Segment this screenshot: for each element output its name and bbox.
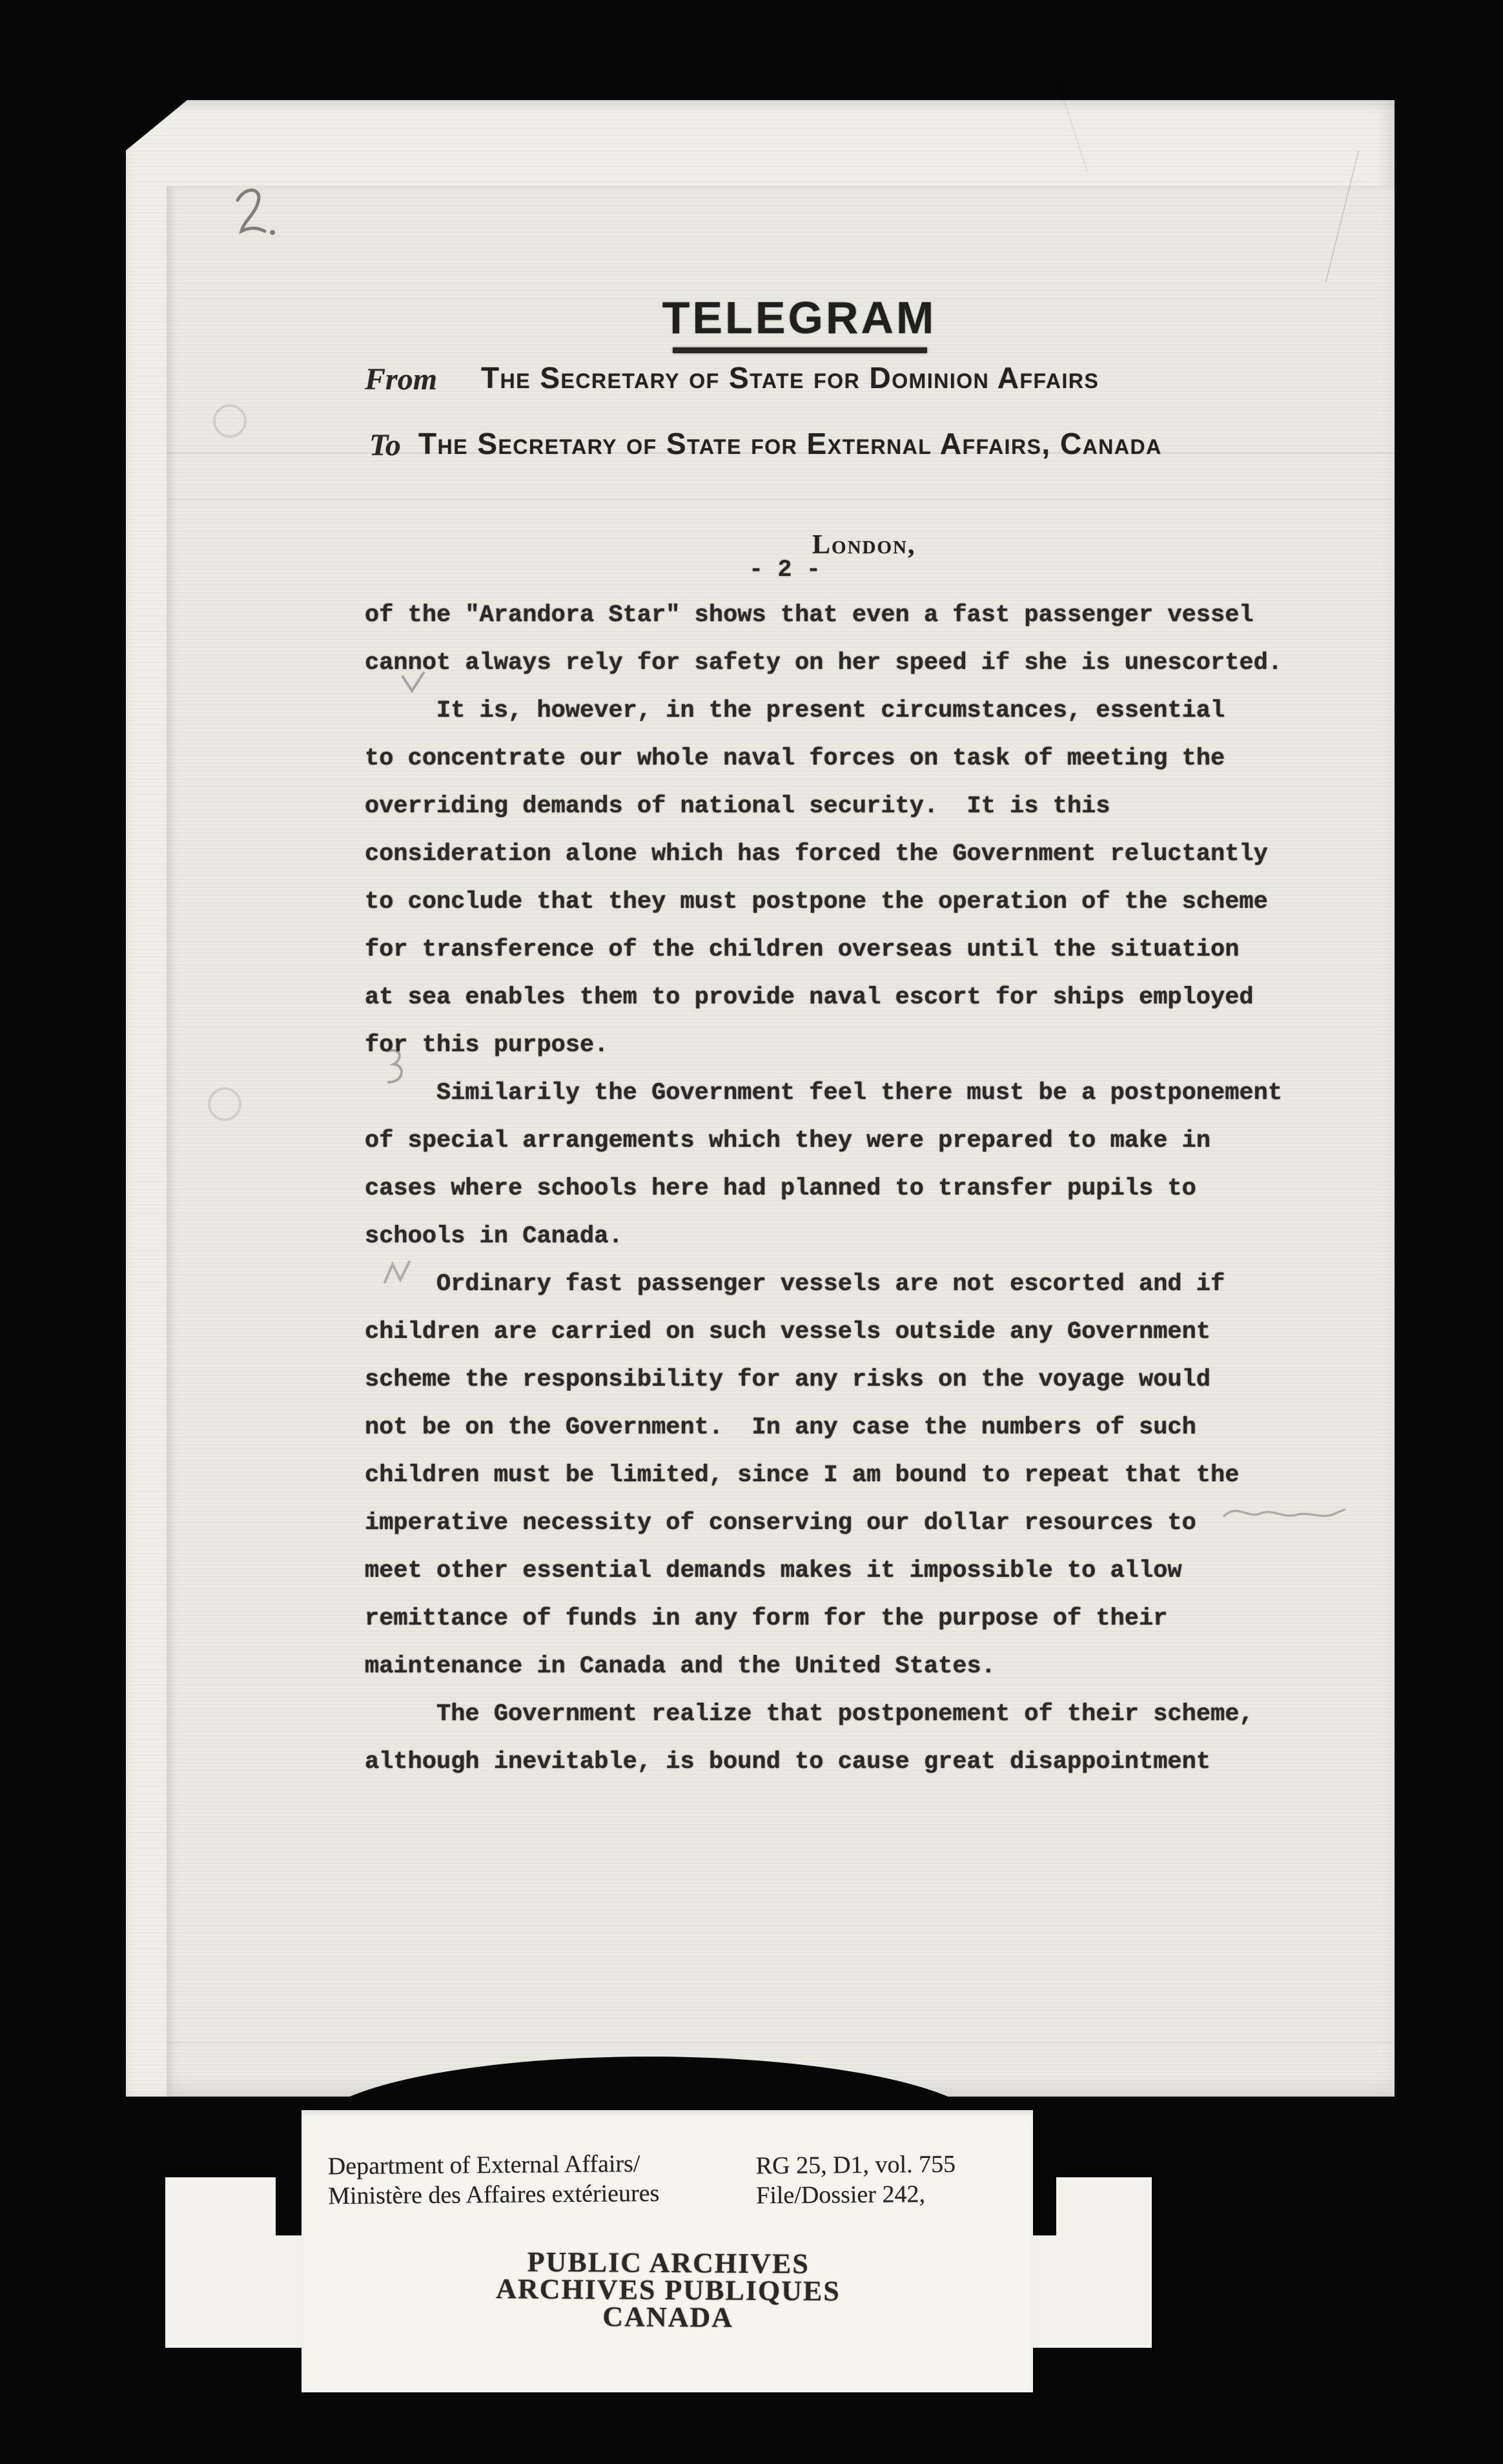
file-dossier-line: File/Dossier 242, <box>756 2179 956 2211</box>
body-line: consideration alone which has forced the… <box>365 830 1333 878</box>
torn-corner <box>126 100 187 150</box>
telegram-title: TELEGRAM <box>586 292 1012 344</box>
body-line: The Government realize that postponement… <box>365 1690 1333 1738</box>
pencil-mark <box>1220 1498 1349 1530</box>
fold-crease <box>167 498 1393 500</box>
body-line: imperative necessity of conserving our d… <box>365 1499 1333 1547</box>
fold-crease <box>167 2042 1393 2044</box>
body-line: children are carried on such vessels out… <box>365 1308 1333 1356</box>
body-line: scheme the responsibility for any risks … <box>365 1356 1333 1404</box>
body-line: It is, however, in the present circumsta… <box>365 687 1333 735</box>
public-archives-stamp: PUBLIC ARCHIVES ARCHIVES PUBLIQUES CANAD… <box>445 2248 892 2333</box>
body-line: Similarily the Government feel there mus… <box>365 1069 1333 1117</box>
body-line: to concentrate our whole naval forces on… <box>365 735 1333 783</box>
pencil-mark <box>380 1257 425 1289</box>
body-line: maintenance in Canada and the United Sta… <box>365 1643 1333 1690</box>
department-name-en-fr: Department of External Affairs/ Ministèr… <box>328 2149 660 2211</box>
paper-gap <box>276 2177 302 2235</box>
body-line: remittance of funds in any form for the … <box>365 1595 1333 1643</box>
body-line: not be on the Government. In any case th… <box>365 1404 1333 1452</box>
body-line: cases where schools here had planned to … <box>365 1165 1333 1213</box>
body-line: cannot always rely for safety on her spe… <box>365 639 1333 687</box>
body-line: meet other essential demands makes it im… <box>365 1547 1333 1595</box>
body-line: children must be limited, since I am bou… <box>365 1452 1333 1499</box>
from-value: The Secretary of State for Dominion Affa… <box>481 360 1099 395</box>
punch-hole-mark <box>213 404 247 438</box>
pencil-mark <box>380 1045 412 1090</box>
to-label: To <box>369 427 401 463</box>
body-line: schools in Canada. <box>365 1213 1333 1260</box>
body-line: to conclude that they must postpone the … <box>365 878 1333 926</box>
to-value: The Secretary of State for External Affa… <box>418 426 1162 461</box>
body-line: at sea enables them to provide naval esc… <box>365 974 1333 1022</box>
scanned-telegram-screenshot: TELEGRAM From The Secretary of State for… <box>0 0 1503 2464</box>
body-line: of special arrangements which they were … <box>365 1117 1333 1165</box>
dateline-location: London, <box>812 529 915 560</box>
department-name-fr: Ministère des Affaires extérieures <box>328 2179 660 2211</box>
body-line: Ordinary fast passenger vessels are not … <box>365 1260 1333 1308</box>
title-underline <box>673 347 927 353</box>
punch-hole-mark <box>208 1087 241 1121</box>
body-line: although inevitable, is bound to cause g… <box>365 1738 1333 1786</box>
department-name-en: Department of External Affairs/ <box>328 2149 660 2181</box>
body-line: overriding demands of national security.… <box>365 783 1333 830</box>
record-group-line: RG 25, D1, vol. 755 <box>756 2150 956 2181</box>
from-label: From <box>365 362 437 397</box>
body-line: for transference of the children oversea… <box>365 926 1333 974</box>
body-text: of the "Arandora Star" shows that even a… <box>365 591 1333 1786</box>
body-line: for this purpose. <box>365 1022 1333 1069</box>
pencil-mark <box>398 665 436 704</box>
archive-reference: RG 25, D1, vol. 755 File/Dossier 242, <box>756 2150 956 2211</box>
handwritten-page-note <box>220 181 291 252</box>
page-number: - 2 - <box>749 557 821 584</box>
paper-gap <box>1033 2177 1056 2235</box>
body-line: of the "Arandora Star" shows that even a… <box>365 591 1333 639</box>
